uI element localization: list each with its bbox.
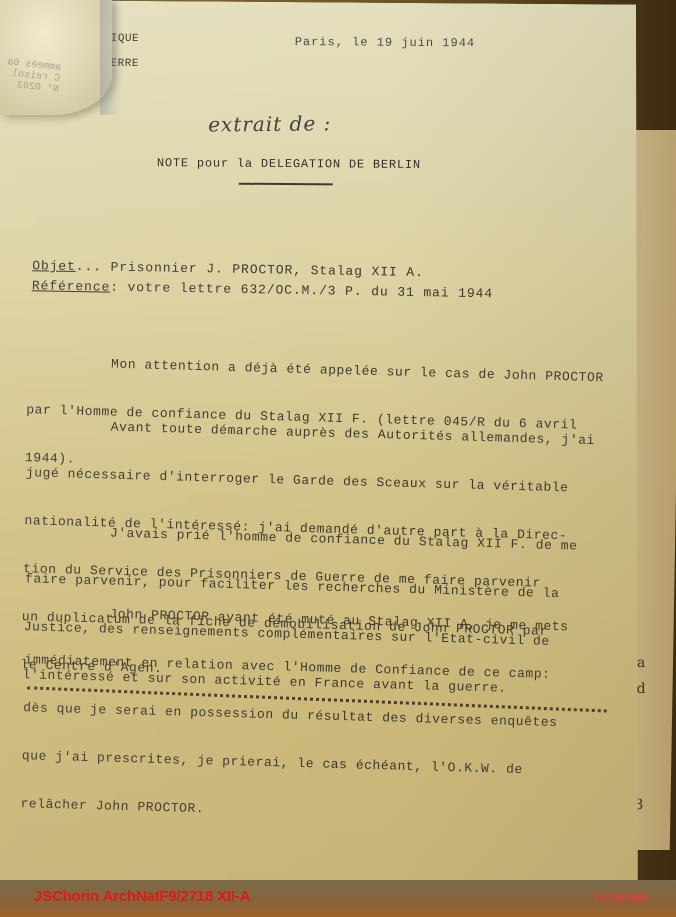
paragraph-line: relâcher John PROCTOR. — [20, 796, 645, 829]
mark: a — [637, 650, 646, 676]
curl-shadow — [100, 0, 120, 115]
paragraph-line: John PROCTOR ayant été muté au Stalag XI… — [26, 604, 651, 637]
note-title: NOTE pour la DELEGATION DE BERLIN — [157, 156, 421, 172]
paragraph-line: Mon attention a déjà été appelée sur le … — [27, 354, 652, 387]
paragraph-line: dès que je serai en possession du résult… — [23, 700, 648, 733]
subject-block: Objet... Prisonnier J. PROCTOR, Stalag X… — [32, 256, 494, 304]
archive-reference-caption: JSChorin ArchNatF9/2718 XII-A — [34, 888, 250, 905]
title-underline — [239, 183, 333, 186]
mark: d — [636, 676, 645, 702]
curl-mirrored-text: ammeēs 0a C reisol N° 0203 — [4, 57, 61, 95]
paragraph-line: que j'ai prescrites, je prierai, le cas … — [22, 748, 647, 781]
objet-label: Objet — [32, 258, 76, 274]
reference-text: : votre lettre 632/OC.M./3 P. du 31 mai … — [110, 280, 493, 302]
paragraph-line: J'avais prié l'homme de confiance du Sta… — [26, 523, 651, 556]
objet-text: ... Prisonnier J. PROCTOR, Stalag XII A. — [76, 259, 424, 280]
handwritten-annotation: extrait de : — [208, 111, 331, 136]
curled-paper-corner: ammeēs 0a C reisol N° 0203 — [0, 0, 112, 115]
date-line: Paris, le 19 juin 1944 — [295, 35, 476, 50]
reference-label: Référence — [32, 278, 111, 294]
paragraph-line: immédiatement en relation avec l'Homme d… — [24, 652, 649, 685]
photo-id-caption: P1090869 — [594, 891, 649, 905]
paragraph-line: Avant toute démarche auprès des Autorité… — [27, 417, 652, 450]
document-page: IQUE ERRE Paris, le 19 juin 1944 extrait… — [0, 0, 646, 885]
paragraph-4: John PROCTOR ayant été muté au Stalag XI… — [19, 572, 651, 861]
